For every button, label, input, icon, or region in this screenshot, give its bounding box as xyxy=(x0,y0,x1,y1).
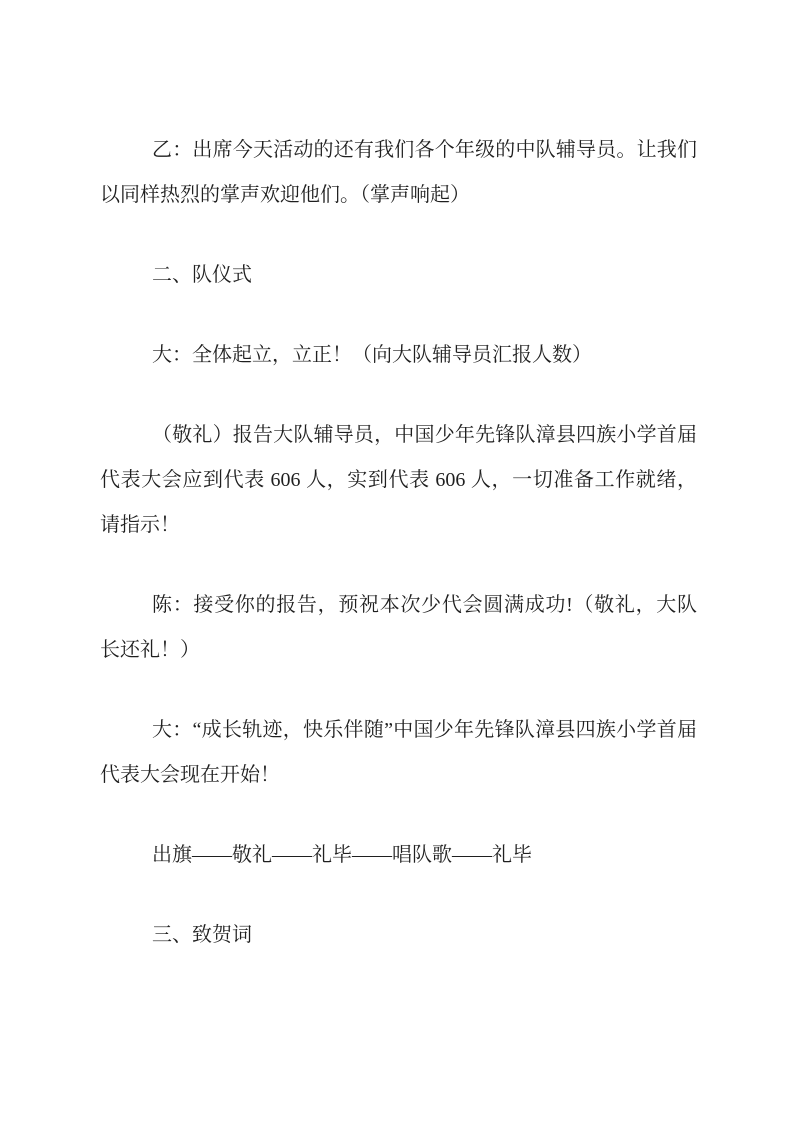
paragraph-flag-sequence: 出旗——敬礼——礼毕——唱队歌——礼毕 xyxy=(100,833,697,878)
paragraph-dialogue-da-standup: 大：全体起立，立正！（向大队辅导员汇报人数） xyxy=(100,333,697,378)
document-page: 乙：出席今天活动的还有我们各个年级的中队辅导员。让我们以同样热烈的掌声欢迎他们。… xyxy=(0,0,793,1122)
paragraph-dialogue-chen-reply: 陈：接受你的报告，预祝本次少代会圆满成功!（敬礼，大队长还礼！） xyxy=(100,583,697,673)
section-heading-congratulatory-speech: 三、致贺词 xyxy=(100,913,697,958)
paragraph-dialogue-yi: 乙：出席今天活动的还有我们各个年级的中队辅导员。让我们以同样热烈的掌声欢迎他们。… xyxy=(100,128,697,218)
paragraph-dialogue-da-opening: 大：“成长轨迹，快乐伴随”中国少年先锋队漳县四族小学首届代表大会现在开始！ xyxy=(100,708,697,798)
paragraph-report-attendance: （敬礼）报告大队辅导员，中国少年先锋队漳县四族小学首届代表大会应到代表 606 … xyxy=(100,413,697,548)
section-heading-ceremony: 二、队仪式 xyxy=(100,253,697,298)
